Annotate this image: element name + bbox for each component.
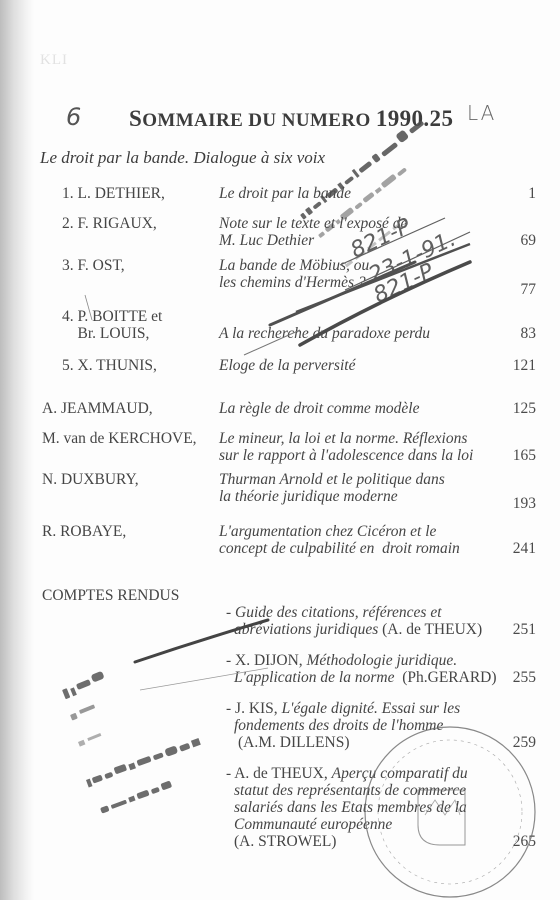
- review-reviewer: (A.M. DILLENS): [238, 734, 350, 751]
- review-page: 265: [486, 833, 536, 851]
- entry-title: Note sur le texte et l'exposé de M. Luc …: [219, 215, 407, 249]
- entry-page: 193: [486, 495, 536, 513]
- reviews-heading: COMPTES RENDUS: [42, 587, 179, 605]
- title-text: OMMAIRE DU NUMERO: [142, 110, 376, 131]
- review-page: 255: [486, 669, 536, 687]
- entry-title: La règle de droit comme modèle: [219, 400, 419, 417]
- review-title: Aperçu comparatif du: [332, 765, 468, 782]
- review-title: Méthodologie juridique.: [307, 652, 458, 669]
- title-initial: S: [129, 106, 142, 131]
- entry-title: Le droit par la bande: [219, 185, 351, 202]
- entry-page: 83: [486, 325, 536, 343]
- entry-page: 1: [486, 185, 536, 203]
- review-title: statut des représentants de commerce: [234, 782, 466, 799]
- entry-page: 121: [486, 357, 536, 375]
- review-title: abréviations juridiques: [234, 621, 378, 638]
- entry-title: Le mineur, la loi et la norme. Réflexion…: [219, 430, 473, 464]
- review-reviewer: (Ph.GERARD): [394, 669, 496, 686]
- review-item: - Guide des citations, références et abr…: [226, 604, 482, 638]
- library-stamp-left: [61, 671, 202, 814]
- review-page: 251: [486, 621, 536, 639]
- review-reviewer: (A. STROWEL): [234, 833, 336, 850]
- entry-author: M. van de KERCHOVE,: [42, 430, 197, 447]
- binding-shadow: [0, 0, 34, 900]
- review-title: fondements des droits de l'homme: [234, 717, 443, 734]
- entry-author: 2. F. RIGAUX,: [62, 215, 157, 232]
- entry-page: 69: [486, 232, 536, 250]
- issue-number: 1990.25: [376, 106, 454, 131]
- review-title: L'application de la norme: [234, 669, 394, 686]
- review-title: L'égale dignité. Essai sur les: [282, 700, 461, 717]
- review-item: - X. DIJON, Méthodologie juridique. L'ap…: [226, 652, 497, 686]
- review-author: X. DIJON,: [235, 652, 306, 669]
- review-title: Communauté européenne: [234, 816, 392, 833]
- review-dash: -: [226, 765, 234, 782]
- review-title: salariés dans les Etats membres de la: [234, 799, 467, 816]
- entry-title: A la recherche du paradoxe perdu: [219, 325, 430, 342]
- review-dash: -: [226, 604, 235, 621]
- review-dash: -: [226, 652, 235, 669]
- entry-author: 5. X. THUNIS,: [62, 357, 157, 374]
- entry-title: L'argumentation chez Cicéron et le conce…: [219, 523, 460, 557]
- entry-author: 1. L. DETHIER,: [62, 185, 165, 202]
- review-dash: -: [226, 700, 235, 717]
- review-page: 259: [486, 734, 536, 752]
- review-author: J. KIS,: [235, 700, 282, 717]
- handwritten-code: LA: [467, 101, 496, 125]
- svg-text:821-P: 821-P: [370, 259, 439, 309]
- review-item: - J. KIS, L'égale dignité. Essai sur les…: [226, 700, 460, 751]
- entry-author: 4. P. BOITTE et Br. LOUIS,: [62, 308, 162, 342]
- page-title: SOMMAIRE DU NUMERO 1990.25: [129, 106, 453, 132]
- entry-page: 125: [486, 400, 536, 418]
- entry-page: 77: [486, 281, 536, 299]
- entry-title: Eloge de la perversité: [219, 357, 355, 374]
- entry-title: Thurman Arnold et le politique dans la t…: [219, 471, 445, 505]
- bleed-through-text: KLI: [40, 52, 68, 69]
- review-item: - A. de THEUX, Aperçu comparatif du stat…: [226, 765, 468, 850]
- entry-author: A. JEAMMAUD,: [42, 400, 153, 417]
- entry-author: 3. F. OST,: [62, 257, 125, 274]
- review-author: A. de THEUX,: [234, 765, 331, 782]
- handwritten-page-number: 6: [66, 103, 81, 131]
- entry-page: 165: [486, 447, 536, 465]
- entry-author: R. ROBAYE,: [42, 523, 126, 540]
- entry-title: La bande de Möbius, ou les chemins d'Her…: [219, 257, 369, 291]
- review-title: Guide des citations, références et: [235, 604, 441, 621]
- section-title: Le droit par la bande. Dialogue à six vo…: [40, 148, 325, 168]
- review-reviewer: (A. de THEUX): [378, 621, 482, 638]
- entry-page: 241: [486, 540, 536, 558]
- entry-author: N. DUXBURY,: [42, 471, 139, 488]
